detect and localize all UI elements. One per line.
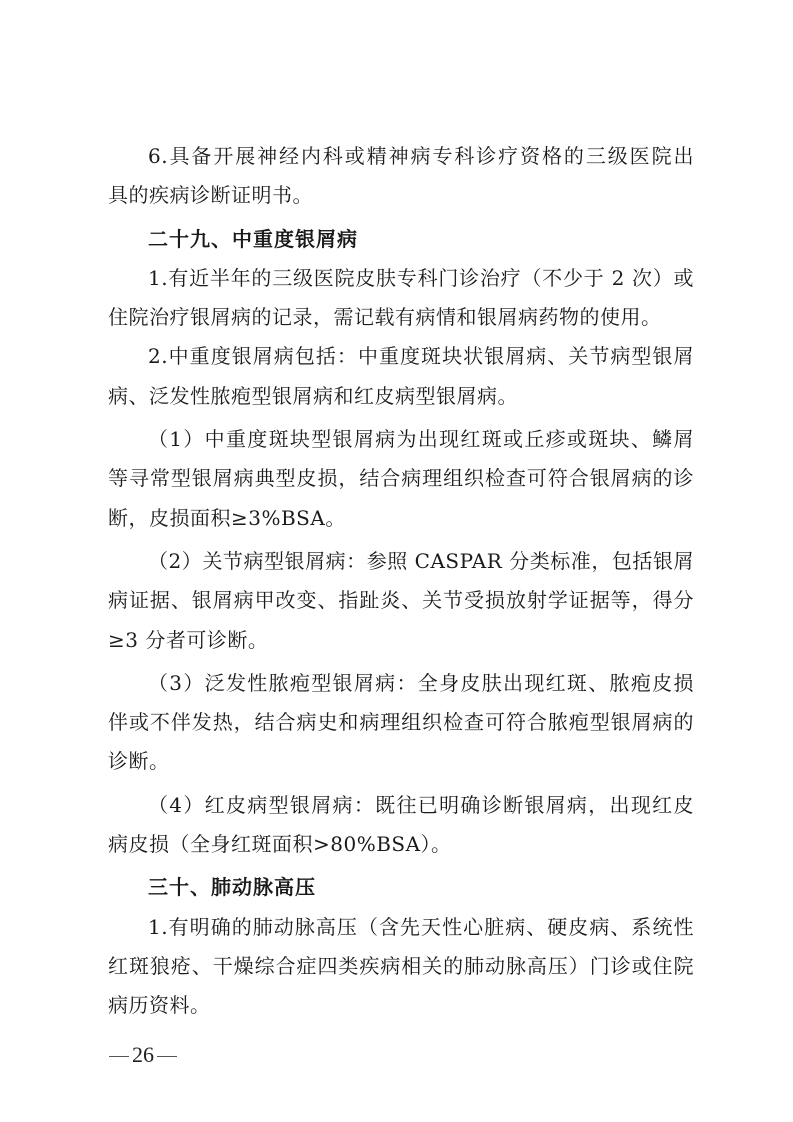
text-line: （4）红皮病型银屑病：既往已明确诊断银屑病，出现红皮 bbox=[108, 786, 694, 825]
paragraph-29-item-2: 2.中重度银屑病包括：中重度斑块状银屑病、关节病型银屑 病、泛发性脓疱型银屑病和… bbox=[108, 337, 694, 416]
text-line: 病历资料。 bbox=[108, 986, 694, 1025]
text-line: 2.中重度银屑病包括：中重度斑块状银屑病、关节病型银屑 bbox=[108, 337, 694, 376]
text-line: 伴或不伴发热，结合病史和病理组织检查可符合脓疱型银屑病的 bbox=[108, 703, 694, 742]
paragraph-29-sub-1: （1）中重度斑块型银屑病为出现红斑或丘疹或斑块、鳞屑 等寻常型银屑病典型皮损，结… bbox=[108, 420, 694, 538]
text-line: 1.有明确的肺动脉高压（含先天性心脏病、硬皮病、系统性 bbox=[108, 908, 694, 947]
text-line: 6.具备开展神经内科或精神病专科诊疗资格的三级医院出 bbox=[108, 137, 694, 176]
text-line: （3）泛发性脓疱型银屑病：全身皮肤出现红斑、脓疱皮损 bbox=[108, 664, 694, 703]
paragraph-item-6: 6.具备开展神经内科或精神病专科诊疗资格的三级医院出 具的疾病诊断证明书。 bbox=[108, 137, 694, 216]
dash-right bbox=[157, 1056, 177, 1057]
text-line: ≥3 分者可诊断。 bbox=[108, 621, 694, 660]
paragraph-29-sub-2: （2）关节病型银屑病：参照 CASPAR 分类标准，包括银屑 病证据、银屑病甲改… bbox=[108, 542, 694, 660]
text-line: 红斑狼疮、干燥综合症四类疾病相关的肺动脉高压）门诊或住院 bbox=[108, 947, 694, 986]
text-line: （2）关节病型银屑病：参照 CASPAR 分类标准，包括银屑 bbox=[108, 542, 694, 581]
text-line: 住院治疗银屑病的记录，需记载有病情和银屑病药物的使用。 bbox=[108, 298, 694, 337]
text-line: 1.有近半年的三级医院皮肤专科门诊治疗（不少于 2 次）或 bbox=[108, 259, 694, 298]
section-heading-29: 二十九、中重度银屑病 bbox=[108, 220, 694, 259]
text-line: （1）中重度斑块型银屑病为出现红斑或丘疹或斑块、鳞屑 bbox=[108, 420, 694, 459]
page-number: 26 bbox=[106, 1042, 180, 1068]
paragraph-30-item-1: 1.有明确的肺动脉高压（含先天性心脏病、硬皮病、系统性 红斑狼疮、干燥综合症四类… bbox=[108, 908, 694, 1026]
text-line: 病、泛发性脓疱型银屑病和红皮病型银屑病。 bbox=[108, 377, 694, 416]
page-number-value: 26 bbox=[132, 1042, 154, 1067]
dash-left bbox=[109, 1056, 129, 1057]
text-line: 病皮损（全身红斑面积>80%BSA）。 bbox=[108, 825, 694, 864]
text-line: 具的疾病诊断证明书。 bbox=[108, 176, 694, 215]
paragraph-29-sub-4: （4）红皮病型银屑病：既往已明确诊断银屑病，出现红皮 病皮损（全身红斑面积>80… bbox=[108, 786, 694, 865]
paragraph-29-item-1: 1.有近半年的三级医院皮肤专科门诊治疗（不少于 2 次）或 住院治疗银屑病的记录… bbox=[108, 259, 694, 338]
text-line: 诊断。 bbox=[108, 742, 694, 781]
paragraph-29-sub-3: （3）泛发性脓疱型银屑病：全身皮肤出现红斑、脓疱皮损 伴或不伴发热，结合病史和病… bbox=[108, 664, 694, 782]
text-line: 断，皮损面积≥3%BSA。 bbox=[108, 499, 694, 538]
text-line: 病证据、银屑病甲改变、指趾炎、关节受损放射学证据等，得分 bbox=[108, 581, 694, 620]
section-heading-30: 三十、肺动脉高压 bbox=[108, 868, 694, 907]
document-page: 6.具备开展神经内科或精神病专科诊疗资格的三级医院出 具的疾病诊断证明书。 二十… bbox=[108, 137, 694, 1026]
text-line: 等寻常型银屑病典型皮损，结合病理组织检查可符合银屑病的诊 bbox=[108, 459, 694, 498]
